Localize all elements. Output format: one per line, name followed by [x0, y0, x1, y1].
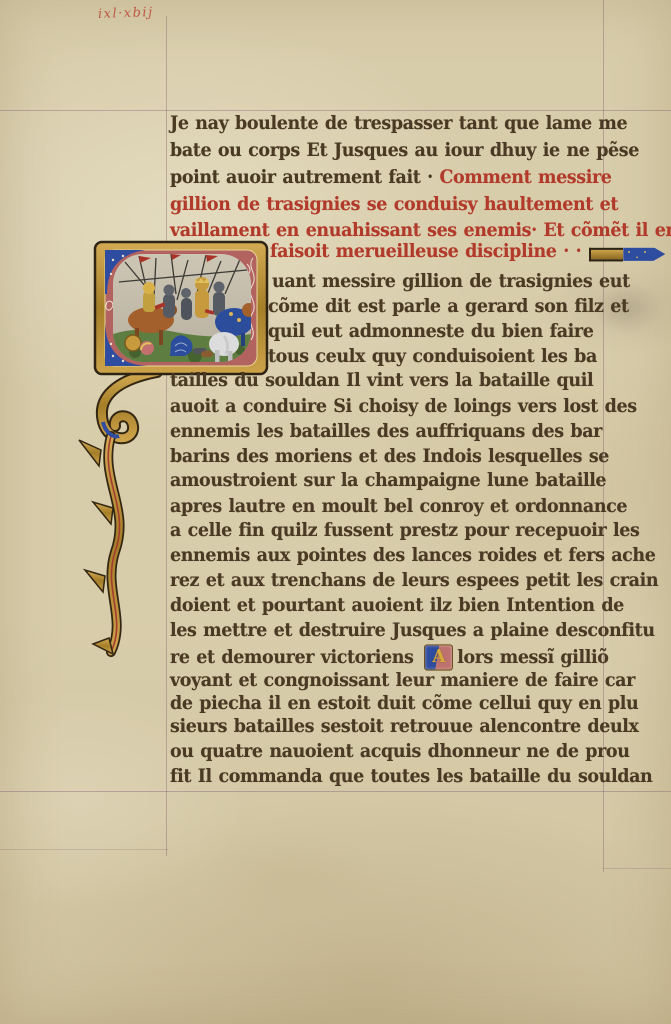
text-line: bate ou corps Et Jusques au iour dhuy ie… [170, 141, 639, 162]
manuscript-page: ixl·xbij [0, 0, 671, 1024]
text-line: Je nay boulente de trespasser tant que l… [170, 114, 627, 135]
text-line: uant messire gillion de trasignies eut [272, 272, 630, 293]
body-text: uant messire gillion de trasignies eut [272, 272, 630, 293]
text-line: ennemis les batailles des auffriquans de… [170, 422, 602, 443]
body-text: apres lautre en moult bel conroy et ordo… [170, 497, 627, 518]
body-text: ennemis aux pointes des lances roides et… [170, 546, 655, 567]
text-line: quil eut admonneste du bien faire [268, 322, 593, 343]
text-line: les mettre et destruire Jusques a plaine… [170, 621, 655, 642]
rubric-text: faisoit merueilleuse discipline · · [270, 242, 581, 263]
text-line: sieurs batailles sestoit retrouue alenco… [170, 717, 639, 738]
body-text: barins des moriens et des Indois lesquel… [170, 447, 609, 468]
body-text: lors messĩ gilliõ [457, 647, 608, 668]
body-text: a celle fin quilz fussent prestz pour re… [170, 521, 639, 542]
body-text: re et demourer victoriens [170, 647, 420, 668]
text-line: rez et aux trenchans de leurs espees pet… [170, 571, 658, 592]
text-line: voyant et congnoissant leur maniere de f… [170, 671, 635, 692]
text-line: fit Il commanda que toutes les bataille … [170, 767, 652, 788]
body-text: doient et pourtant auoient ilz bien Inte… [170, 596, 624, 617]
text-line: gillion de trasignies se conduisy haulte… [170, 195, 618, 216]
body-text: tailles du souldan Il vint vers la batai… [170, 371, 593, 392]
body-text: auoit a conduire Si choisy de loings ver… [170, 397, 637, 418]
body-text: rez et aux trenchans de leurs espees pet… [170, 571, 658, 592]
text-line: doient et pourtant auoient ilz bien Inte… [170, 596, 624, 617]
champ-initial-a: A [424, 644, 453, 670]
text-line: re et demourer victoriens Alors messĩ gi… [170, 645, 609, 671]
text-line: auoit a conduire Si choisy de loings ver… [170, 397, 637, 418]
text-block: Je nay boulente de trespasser tant que l… [0, 0, 671, 1024]
body-text: ennemis les batailles des auffriquans de… [170, 422, 602, 443]
body-text: ou quatre nauoient acquis dhonneur ne de… [170, 742, 630, 763]
body-text: amoustroient sur la champaigne lune bata… [170, 471, 606, 492]
text-line: ou quatre nauoient acquis dhonneur ne de… [170, 742, 630, 763]
body-text: tous ceulx quy conduisoient les ba [268, 347, 597, 368]
text-line: tailles du souldan Il vint vers la batai… [170, 371, 593, 392]
rubric-text: Comment messire [439, 168, 611, 189]
body-text: fit Il commanda que toutes les bataille … [170, 767, 652, 788]
rubric-text: gillion de trasignies se conduisy haulte… [170, 195, 618, 216]
body-text: sieurs batailles sestoit retrouue alenco… [170, 717, 639, 738]
text-line: cõme dit est parle a gerard son filz et [268, 297, 629, 318]
body-text: les mettre et destruire Jusques a plaine… [170, 621, 655, 642]
body-text: de piecha il en estoit duit cõme cellui … [170, 694, 638, 715]
text-line: apres lautre en moult bel conroy et ordo… [170, 497, 627, 518]
text-line: barins des moriens et des Indois lesquel… [170, 447, 609, 468]
text-line: ennemis aux pointes des lances roides et… [170, 546, 655, 567]
text-line: a celle fin quilz fussent prestz pour re… [170, 521, 639, 542]
line-filler-ornament [589, 243, 665, 258]
body-text: quil eut admonneste du bien faire [268, 322, 593, 343]
text-line: faisoit merueilleuse discipline · · [270, 242, 665, 263]
text-line: point auoir autrement fait · Comment mes… [170, 168, 612, 189]
text-line: de piecha il en estoit duit cõme cellui … [170, 694, 638, 715]
body-text: bate ou corps Et Jusques au iour dhuy ie… [170, 141, 639, 162]
body-text: voyant et congnoissant leur maniere de f… [170, 671, 635, 692]
text-line: tous ceulx quy conduisoient les ba [268, 347, 597, 368]
body-text: cõme dit est parle a gerard son filz et [268, 297, 629, 318]
body-text: point auoir autrement fait · [170, 168, 439, 189]
text-line: amoustroient sur la champaigne lune bata… [170, 471, 606, 492]
body-text: Je nay boulente de trespasser tant que l… [170, 114, 627, 135]
rubric-text: vaillament en enuahissant ses enemis· Et… [170, 221, 671, 242]
text-line: vaillament en enuahissant ses enemis· Et… [170, 221, 671, 242]
